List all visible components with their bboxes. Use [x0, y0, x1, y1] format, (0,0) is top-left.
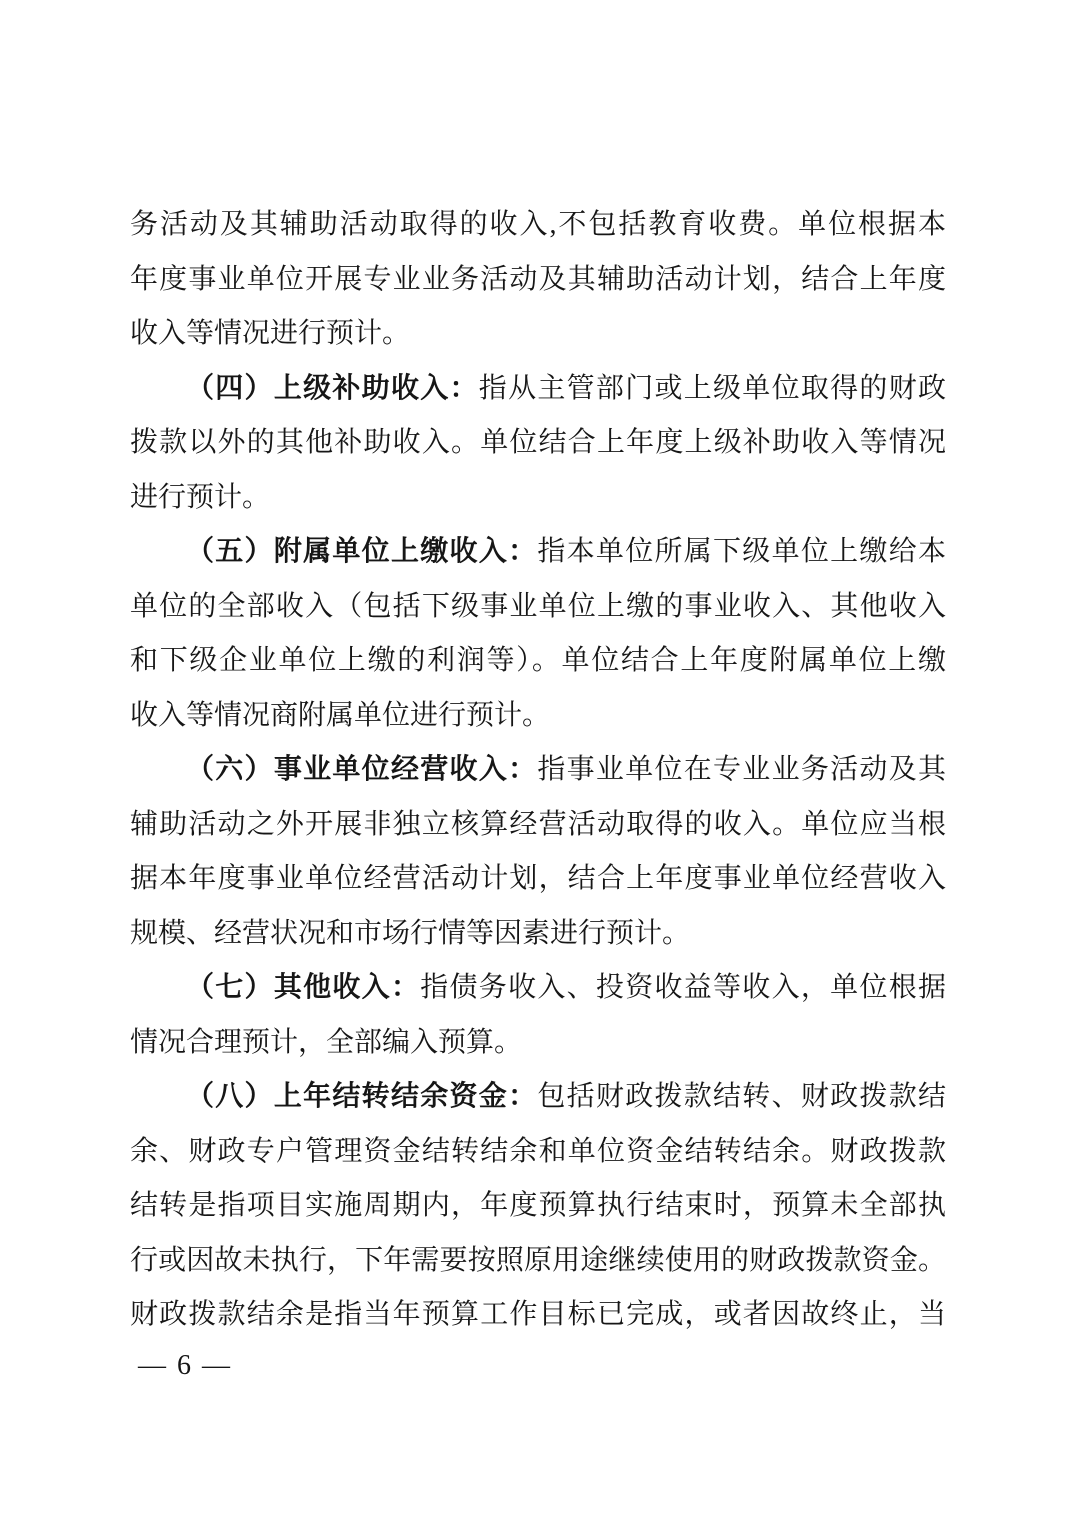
para-item-8-carryover-surplus-funds: （八）上年结转结余资金：包括财政拨款结转、财政拨款结余、财政专户管理资金结转结余… — [130, 1070, 946, 1343]
line-text: 结转是指项目实施周期内，年度预算执行结束时，预算未全部执 — [130, 1190, 946, 1221]
item-heading: （五）附属单位上缴收入： — [186, 536, 537, 567]
text-line: 拨款以外的其他补助收入。单位结合上年度上级补助收入等情况 — [130, 416, 946, 471]
line-text: 指债务收入、投资收益等收入，单位根据 — [420, 972, 946, 1003]
text-line: 进行预计。 — [130, 471, 946, 526]
item-heading: （六）事业单位经营收入： — [186, 754, 537, 785]
item-heading: （七）其他收入： — [186, 972, 420, 1003]
line-text: 据本年度事业单位经营活动计划，结合上年度事业单位经营收入 — [130, 863, 946, 894]
text-line: 情况合理预计，全部编入预算。 — [130, 1016, 946, 1071]
line-text: 收入等情况商附属单位进行预计。 — [130, 700, 550, 731]
line-text: 规模、经营状况和市场行情等因素进行预计。 — [130, 918, 690, 949]
text-line: 规模、经营状况和市场行情等因素进行预计。 — [130, 907, 946, 962]
document-body: 务活动及其辅助活动取得的收入,不包括教育收费。单位根据本年度事业单位开展专业业务… — [130, 198, 946, 1343]
text-line: （七）其他收入：指债务收入、投资收益等收入，单位根据 — [130, 961, 946, 1016]
line-text: 情况合理预计，全部编入预算。 — [130, 1027, 522, 1058]
line-text: 指本单位所属下级单位上缴给本 — [537, 536, 946, 567]
text-line: 和下级企业单位上缴的利润等）。单位结合上年度附属单位上缴 — [130, 634, 946, 689]
text-line: 据本年度事业单位经营活动计划，结合上年度事业单位经营收入 — [130, 852, 946, 907]
text-line: （四）上级补助收入：指从主管部门或上级单位取得的财政 — [130, 362, 946, 417]
line-text: 进行预计。 — [130, 482, 270, 513]
text-line: 结转是指项目实施周期内，年度预算执行结束时，预算未全部执 — [130, 1179, 946, 1234]
text-line: 辅助活动之外开展非独立核算经营活动取得的收入。单位应当根 — [130, 798, 946, 853]
document-page: 务活动及其辅助活动取得的收入,不包括教育收费。单位根据本年度事业单位开展专业业务… — [0, 0, 1074, 1520]
para-item-7-other-income: （七）其他收入：指债务收入、投资收益等收入，单位根据情况合理预计，全部编入预算。 — [130, 961, 946, 1070]
line-text: 拨款以外的其他补助收入。单位结合上年度上级补助收入等情况 — [130, 427, 946, 458]
line-text: 辅助活动之外开展非独立核算经营活动取得的收入。单位应当根 — [130, 809, 946, 840]
text-line: 年度事业单位开展专业业务活动及其辅助活动计划，结合上年度 — [130, 253, 946, 308]
para-item-4-superior-subsidy-income: （四）上级补助收入：指从主管部门或上级单位取得的财政拨款以外的其他补助收入。单位… — [130, 362, 946, 526]
line-text: 单位的全部收入（包括下级事业单位上缴的事业收入、其他收入 — [130, 591, 946, 622]
text-line: 务活动及其辅助活动取得的收入,不包括教育收费。单位根据本 — [130, 198, 946, 253]
para-item-6-operating-income: （六）事业单位经营收入：指事业单位在专业业务活动及其辅助活动之外开展非独立核算经… — [130, 743, 946, 961]
item-heading: （四）上级补助收入： — [186, 373, 479, 404]
line-text: 务活动及其辅助活动取得的收入,不包括教育收费。单位根据本 — [130, 209, 946, 240]
line-text: 年度事业单位开展专业业务活动及其辅助活动计划，结合上年度 — [130, 264, 946, 295]
para-business-income-continued: 务活动及其辅助活动取得的收入,不包括教育收费。单位根据本年度事业单位开展专业业务… — [130, 198, 946, 362]
text-line: 收入等情况商附属单位进行预计。 — [130, 689, 946, 744]
item-heading: （八）上年结转结余资金： — [186, 1081, 537, 1112]
line-text: 收入等情况进行预计。 — [130, 318, 410, 349]
text-line: （五）附属单位上缴收入：指本单位所属下级单位上缴给本 — [130, 525, 946, 580]
line-text: 行或因故未执行，下年需要按照原用途继续使用的财政拨款资金。 — [130, 1245, 946, 1276]
page-number: — 6 — — [138, 1348, 232, 1384]
line-text: 财政拨款结余是指当年预算工作目标已完成，或者因故终止，当 — [130, 1299, 946, 1330]
text-line: 财政拨款结余是指当年预算工作目标已完成，或者因故终止，当 — [130, 1288, 946, 1343]
text-line: 收入等情况进行预计。 — [130, 307, 946, 362]
text-line: 单位的全部收入（包括下级事业单位上缴的事业收入、其他收入 — [130, 580, 946, 635]
para-item-5-affiliated-unit-remitted-income: （五）附属单位上缴收入：指本单位所属下级单位上缴给本单位的全部收入（包括下级事业… — [130, 525, 946, 743]
line-text: 指事业单位在专业业务活动及其 — [537, 754, 946, 785]
line-text: 和下级企业单位上缴的利润等）。单位结合上年度附属单位上缴 — [130, 645, 946, 676]
line-text: 指从主管部门或上级单位取得的财政 — [479, 373, 946, 404]
text-line: （八）上年结转结余资金：包括财政拨款结转、财政拨款结 — [130, 1070, 946, 1125]
line-text: 包括财政拨款结转、财政拨款结 — [537, 1081, 946, 1112]
text-line: 余、财政专户管理资金结转结余和单位资金结转结余。财政拨款 — [130, 1125, 946, 1180]
text-line: （六）事业单位经营收入：指事业单位在专业业务活动及其 — [130, 743, 946, 798]
line-text: 余、财政专户管理资金结转结余和单位资金结转结余。财政拨款 — [130, 1136, 946, 1167]
text-line: 行或因故未执行，下年需要按照原用途继续使用的财政拨款资金。 — [130, 1234, 946, 1289]
